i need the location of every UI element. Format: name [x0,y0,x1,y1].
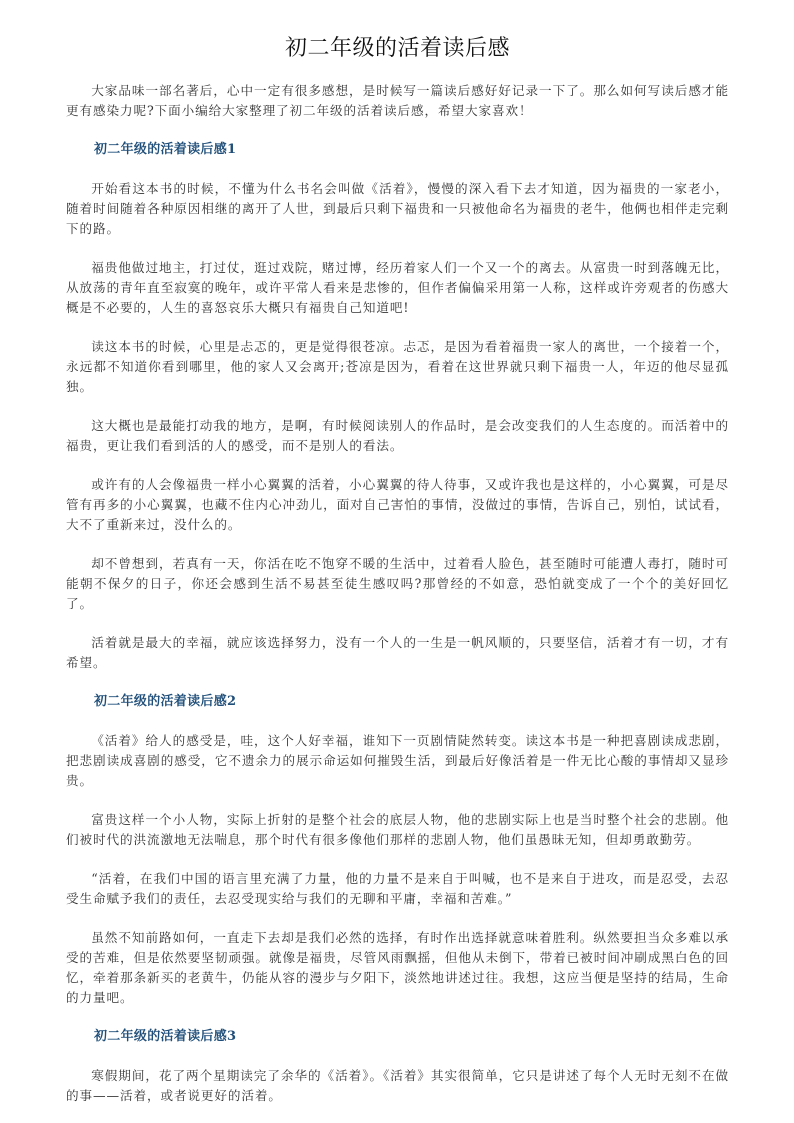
body-paragraph: 活着就是最大的幸福，就应该选择努力，没有一个人的一生是一帆风顺的，只要坚信，活着… [66,633,729,673]
body-paragraph: 富贵这样一个小人物，实际上折射的是整个社会的底层人物，他的悲剧实际上也是当时整个… [66,810,729,850]
body-paragraph: 读这本书的时候，心里是忐忑的，更是觉得很苍凉。忐忑，是因为看着福贵一家人的离世，… [66,337,729,397]
body-paragraph: 开始看这本书的时候，不懂为什么书名会叫做《活着》，慢慢的深入看下去才知道，因为福… [66,179,729,239]
body-paragraph: “活着，在我们中国的语言里充满了力量，他的力量不是来自于叫喊，也不是来自于进攻，… [66,869,729,909]
section-3: 初二年级的活着读后感3 寒假期间，花了两个星期读完了余华的《活着》。《活着》其实… [66,1027,729,1106]
body-paragraph: 这大概也是最能打动我的地方，是啊，有时候阅读别人的作品时，是会改变我们的人生态度… [66,416,729,456]
section-heading: 初二年级的活着读后感3 [66,1027,729,1047]
page-title: 初二年级的活着读后感 [66,34,729,64]
section-heading: 初二年级的活着读后感1 [66,140,729,160]
body-paragraph: 或许有的人会像福贵一样小心翼翼的活着，小心翼翼的待人待事，又或许我也是这样的，小… [66,475,729,535]
body-paragraph: 却不曾想到，若真有一天，你活在吃不饱穿不暖的生活中，过着看人脸色，甚至随时可能遭… [66,554,729,614]
body-paragraph: 虽然不知前路如何，一直走下去却是我们必然的选择，有时作出选择就意味着胜利。纵然要… [66,928,729,1008]
body-paragraph: 寒假期间，花了两个星期读完了余华的《活着》。《活着》其实很简单，它只是讲述了每个… [66,1066,729,1106]
body-paragraph: 福贵他做过地主，打过仗，逛过戏院，赌过博，经历着家人们一个又一个的离去。从富贵一… [66,258,729,318]
section-1: 初二年级的活着读后感1 开始看这本书的时候，不懂为什么书名会叫做《活着》，慢慢的… [66,140,729,673]
section-heading: 初二年级的活着读后感2 [66,692,729,712]
section-2: 初二年级的活着读后感2 《活着》给人的感受是，哇，这个人好幸福，谁知下一页剧情陡… [66,692,729,1008]
body-paragraph: 《活着》给人的感受是，哇，这个人好幸福，谁知下一页剧情陡然转变。读这本书是一种把… [66,731,729,791]
document-page: 初二年级的活着读后感 大家品味一部名著后，心中一定有很多感想，是时候写一篇读后感… [66,30,729,1123]
intro-paragraph: 大家品味一部名著后，心中一定有很多感想，是时候写一篇读后感好好记录一下了。那么如… [66,81,729,121]
